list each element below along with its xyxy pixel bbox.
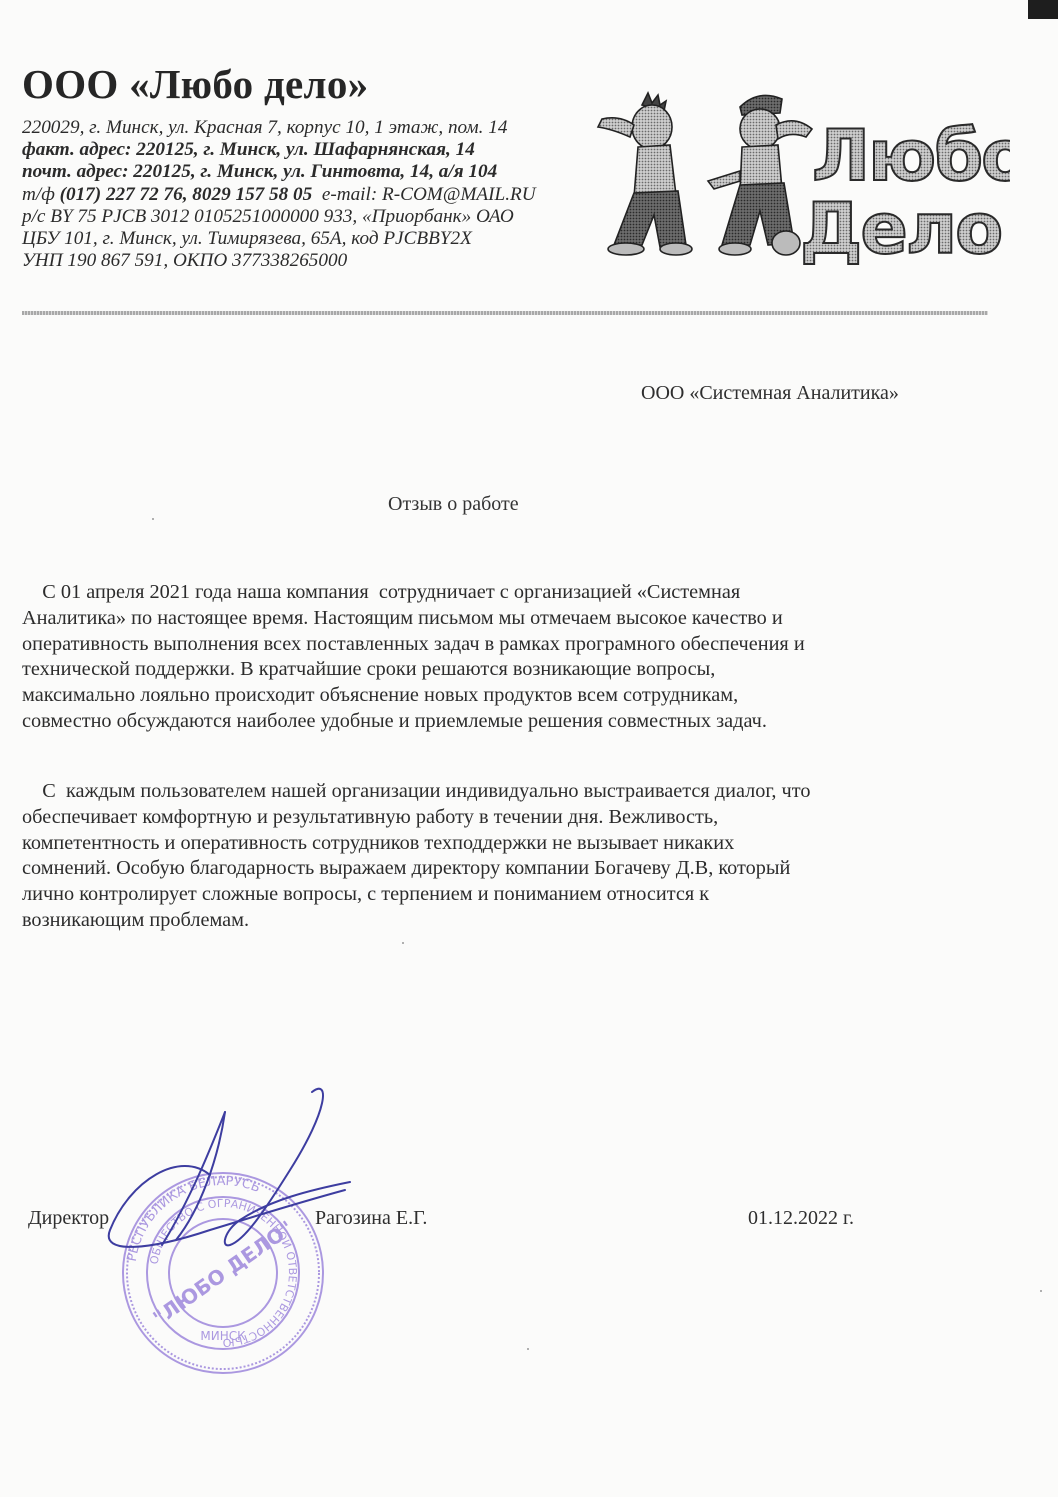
phone-numbers: (017) 227 72 76, 8029 157 58 05	[60, 184, 313, 205]
email-address: R-COM@MAIL.RU	[382, 184, 536, 205]
actual-address: факт. адрес: 220125, г. Минск, ул. Шафар…	[22, 139, 536, 161]
two-cartoon-kids-logo-icon: Любо Дело	[590, 85, 1010, 265]
phone-prefix: т/ф	[22, 184, 60, 205]
text-line: обеспечивает комфортную и результативную…	[22, 805, 1022, 831]
text-line: технической поддержки. В кратчайшие срок…	[22, 657, 1022, 683]
document-date: 01.12.2022 г.	[748, 1207, 854, 1230]
svg-text:Любо: Любо	[812, 115, 1010, 197]
scan-speck	[527, 1348, 529, 1350]
text-line: возникающим проблемам.	[22, 908, 1022, 934]
scan-speck	[152, 518, 154, 520]
company-name: ООО «Любо дело»	[22, 64, 368, 105]
svg-text:МИНСК: МИНСК	[200, 1329, 246, 1343]
handwritten-signature-icon	[90, 1080, 360, 1280]
postal-address: почт. адрес: 220125, г. Минск, ул. Гинто…	[22, 161, 536, 183]
paragraph-2: С каждым пользователем нашей организации…	[22, 779, 1022, 934]
email-label: e-mail:	[312, 184, 382, 205]
letterhead-divider	[22, 311, 988, 315]
legal-address: 220029, г. Минск, ул. Красная 7, корпус …	[22, 117, 536, 139]
text-line: компетентность и оперативность сотрудник…	[22, 831, 1022, 857]
recipient: ООО «Системная Аналитика»	[641, 382, 899, 405]
signer-role: Директор	[28, 1207, 109, 1230]
scan-corner-mark	[1028, 0, 1058, 19]
text-line: максимально лояльно происходит объяснени…	[22, 683, 1022, 709]
letterhead-details: 220029, г. Минск, ул. Красная 7, корпус …	[22, 117, 536, 272]
scan-speck	[402, 942, 404, 944]
contact-line: т/ф (017) 227 72 76, 8029 157 58 05 e-ma…	[22, 184, 536, 206]
svg-text:Дело: Дело	[800, 188, 1001, 265]
text-line: С 01 апреля 2021 года наша компания сотр…	[22, 580, 1022, 606]
text-line: С каждым пользователем нашей организации…	[22, 779, 1022, 805]
signer-name: Рагозина Е.Г.	[315, 1207, 427, 1230]
document-title: Отзыв о работе	[388, 493, 519, 516]
text-line: совместно обсуждаются наиболее удобные и…	[22, 709, 1022, 735]
text-line: сомнений. Особую благодарность выражаем …	[22, 856, 1022, 882]
scan-speck	[1040, 1290, 1042, 1292]
text-line: Аналитика» по настоящее время. Настоящим…	[22, 606, 1022, 632]
text-line: оперативность выполнения всех поставленн…	[22, 632, 1022, 658]
paragraph-1: С 01 апреля 2021 года наша компания сотр…	[22, 580, 1022, 735]
bank-account: р/с BY 75 PJCB 3012 0105251000000 933, «…	[22, 206, 536, 228]
registration-numbers: УНП 190 867 591, ОКПО 377338265000	[22, 250, 536, 272]
bank-branch: ЦБУ 101, г. Минск, ул. Тимирязева, 65А, …	[22, 228, 536, 250]
text-line: лично контролирует сложные вопросы, с те…	[22, 882, 1022, 908]
